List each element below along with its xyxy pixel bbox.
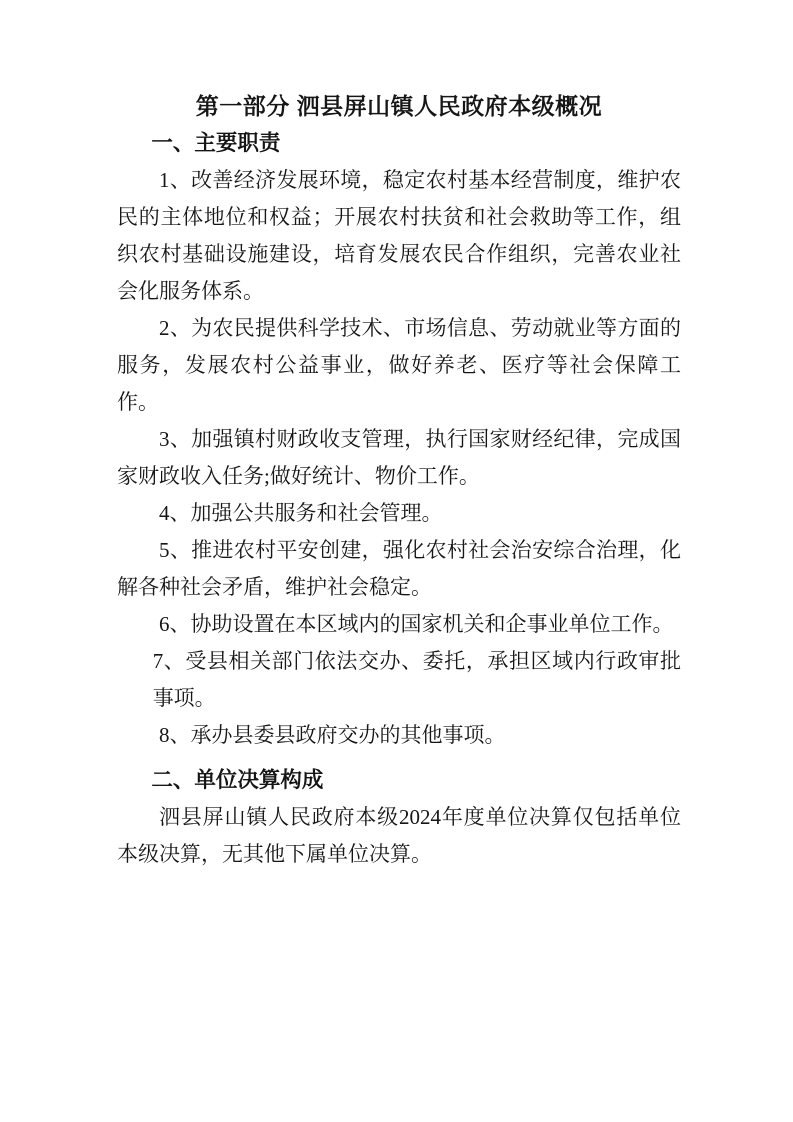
duty-paragraph-1: 1、改善经济发展环境，稳定农村基本经营制度，维护农民的主体地位和权益；开展农村扶… — [117, 162, 681, 310]
section-heading-final-accounts-composition: 二、单位决算构成 — [117, 762, 681, 799]
document-page: 第一部分 泗县屏山镇人民政府本级概况 一、主要职责 1、改善经济发展环境，稳定农… — [0, 0, 793, 1122]
document-title: 第一部分 泗县屏山镇人民政府本级概况 — [117, 88, 681, 125]
duty-paragraph-3: 3、加强镇村财政收支管理，执行国家财经纪律，完成国家财政收入任务;做好统计、物价… — [117, 421, 681, 495]
duty-paragraph-2: 2、为农民提供科学技术、市场信息、劳动就业等方面的服务，发展农村公益事业，做好养… — [117, 310, 681, 421]
final-accounts-paragraph: 泗县屏山镇人民政府本级2024年度单位决算仅包括单位本级决算，无其他下属单位决算… — [117, 799, 681, 873]
duty-paragraph-5: 5、推进农村平安创建，强化农村社会治安综合治理，化解各种社会矛盾，维护社会稳定。 — [117, 532, 681, 606]
duty-paragraph-6: 6、协助设置在本区域内的国家机关和企事业单位工作。 — [117, 606, 681, 643]
duty-paragraph-4: 4、加强公共服务和社会管理。 — [117, 495, 681, 532]
duty-paragraph-7: 7、受县相关部门依法交办、委托，承担区域内行政审批事项。 — [117, 643, 681, 717]
duty-paragraph-8: 8、承办县委县政府交办的其他事项。 — [117, 717, 681, 754]
section-heading-main-duties: 一、主要职责 — [117, 125, 681, 162]
